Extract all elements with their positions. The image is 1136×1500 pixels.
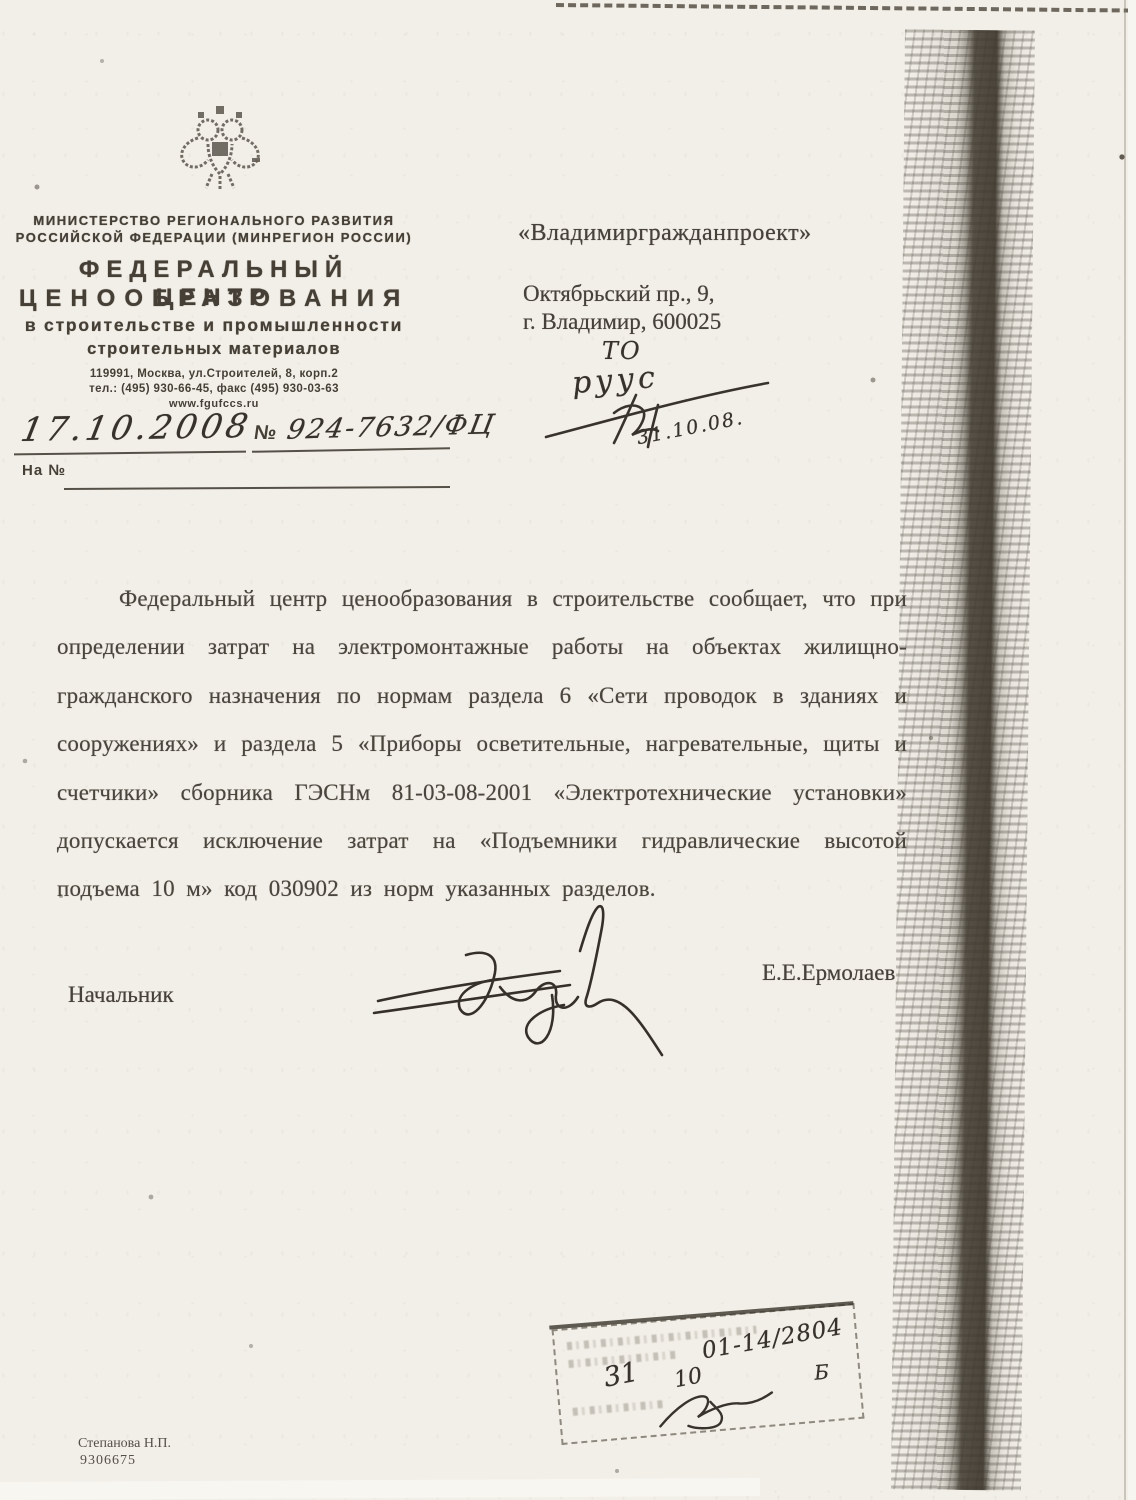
scan-artifact-right-streak bbox=[891, 29, 1035, 1490]
recipient-address-line1: Октябрьский пр., 9, bbox=[523, 281, 715, 307]
signer-position-label: Начальник bbox=[68, 982, 174, 1008]
number-sign: № bbox=[252, 422, 278, 445]
director-signature-scribble bbox=[348, 893, 678, 1078]
outgoing-number-handwriting: 924-7632/ФЦ bbox=[285, 409, 498, 445]
paper-right-edge bbox=[1124, 0, 1126, 1500]
ministry-name: МИНИСТЕРСТВО РЕГИОНАЛЬНОГО РАЗВИТИЯ РОСС… bbox=[14, 212, 414, 246]
org-subtitle-line2: строительных материалов bbox=[14, 340, 414, 359]
stamp-letter-handwriting: Б bbox=[813, 1359, 830, 1384]
reply-to-underline bbox=[64, 486, 450, 490]
recipient-address-line2: г. Владимир, 600025 bbox=[523, 309, 721, 335]
recipient-name: «Владимиргражданпроект» bbox=[518, 220, 812, 247]
stamp-day-handwriting: 31 bbox=[601, 1357, 641, 1394]
annotation-strokes bbox=[540, 335, 780, 475]
org-address: 119991, Москва, ул.Строителей, 8, корп.2 bbox=[14, 368, 414, 380]
reply-to-label: На № bbox=[22, 462, 66, 479]
executor-name: Степанова Н.П. bbox=[78, 1436, 171, 1452]
stamp-faint-text-row bbox=[572, 1400, 662, 1416]
number-underline bbox=[252, 447, 450, 452]
ministry-line1: МИНИСТЕРСТВО РЕГИОНАЛЬНОГО РАЗВИТИЯ bbox=[14, 212, 414, 229]
scanner-background-right bbox=[1128, 0, 1136, 1500]
signer-name: Е.Е.Ермолаев bbox=[762, 960, 895, 986]
org-name-line2: ЦЕНООБРАЗОВАНИЯ bbox=[14, 285, 414, 313]
org-phone-fax: тел.: (495) 930-66-45, факс (495) 930-03… bbox=[14, 383, 414, 395]
scanned-letter-page: МИНИСТЕРСТВО РЕГИОНАЛЬНОГО РАЗВИТИЯ РОСС… bbox=[0, 0, 1136, 1500]
ministry-line2: РОССИЙСКОЙ ФЕДЕРАЦИИ (МИНРЕГИОН РОССИИ) bbox=[14, 229, 414, 246]
registration-stamp: 31 10 01-14/2804 Б bbox=[552, 1303, 865, 1445]
org-subtitle-line1: в строительстве и промышленности bbox=[14, 315, 414, 336]
scanner-background-bottom bbox=[0, 1478, 760, 1500]
stamp-signature-scribble bbox=[649, 1376, 783, 1437]
executor-phone: 9306675 bbox=[80, 1453, 136, 1469]
outgoing-date-handwriting: 17.10.2008 bbox=[18, 406, 255, 449]
scan-artifact-top-dashed-line bbox=[556, 3, 1136, 13]
date-underline bbox=[14, 451, 246, 456]
annotation-word2: руус bbox=[571, 360, 660, 401]
coat-of-arms-icon bbox=[168, 96, 272, 200]
handwritten-routing-annotation: ТО руус 31.10.08. bbox=[540, 335, 780, 475]
scan-noise-speckles bbox=[0, 0, 2, 2]
body-paragraph: Федеральный центр ценообразования в стро… bbox=[57, 575, 907, 914]
stamp-number-handwriting: 01-14/2804 bbox=[700, 1314, 845, 1364]
